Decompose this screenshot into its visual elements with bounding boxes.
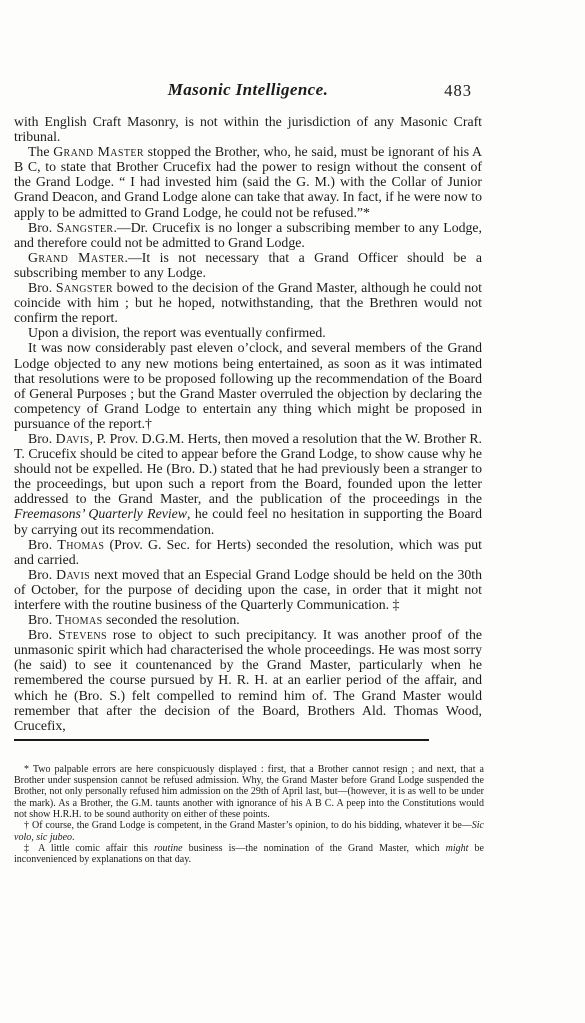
paragraph: Upon a division, the report was eventual… (14, 325, 482, 340)
text-run: Bro. (28, 431, 56, 446)
text-run: The (28, 144, 53, 159)
page-header: Masonic Intelligence. 483 (14, 80, 482, 102)
paragraph: It was now considerably past eleven o’cl… (14, 340, 482, 431)
text-run: Bro. (28, 537, 57, 552)
text-run: * Two palpable errors are here conspicuo… (14, 764, 484, 820)
text-run: Grand Master (28, 250, 125, 265)
text-run: Stevens (58, 627, 107, 642)
paragraph: Grand Master.—It is not necessary that a… (14, 250, 482, 280)
paragraph: The Grand Master stopped the Brother, wh… (14, 144, 482, 219)
text-run: Freemasons’ Quarterly Review (14, 506, 187, 521)
text-run: Grand Master (53, 144, 144, 159)
footnotes: * Two palpable errors are here conspicuo… (14, 764, 484, 866)
paragraph: Bro. Stevens rose to object to such prec… (14, 627, 482, 733)
paragraph: Bro. Sangster.—Dr. Crucefix is no longer… (14, 220, 482, 250)
text-run: . (72, 832, 75, 843)
text-run: † Of course, the Grand Lodge is competen… (24, 820, 472, 831)
text-run: Bro. (28, 612, 56, 627)
footnote-divider (14, 739, 429, 741)
text-run: It was now considerably past eleven o’cl… (14, 340, 482, 430)
paragraph: with English Craft Masonry, is not withi… (14, 114, 482, 144)
page-number: 483 (444, 81, 472, 101)
text-run: Bro. (28, 627, 58, 642)
footnote: * Two palpable errors are here conspicuo… (14, 764, 484, 820)
paragraph: Bro. Davis next moved that an Especial G… (14, 567, 482, 612)
text-run: routine (154, 843, 183, 854)
paragraph: Bro. Davis, P. Prov. D.G.M. Herts, then … (14, 431, 482, 537)
running-title: Masonic Intelligence. (168, 80, 328, 99)
text-run: ‡ A little comic affair this (24, 843, 154, 854)
text-run: might (446, 843, 469, 854)
text-run: Bro. (28, 220, 56, 235)
text-run: Upon a division, the report was eventual… (28, 325, 326, 340)
text-run: Sangster (56, 280, 113, 295)
text-run: with English Craft Masonry, is not withi… (14, 114, 482, 144)
book-page: Masonic Intelligence. 483 with English C… (0, 0, 585, 1023)
page-body: with English Craft Masonry, is not withi… (14, 114, 482, 733)
text-run: business is—the nomination of the Grand … (183, 843, 446, 854)
text-run: Davis (56, 431, 90, 446)
paragraph: Bro. Thomas seconded the resolution. (14, 612, 482, 627)
footnote: ‡ A little comic affair this routine bus… (14, 843, 484, 866)
text-run: rose to object to such precipitancy. It … (14, 627, 482, 733)
text-run: Bro. (28, 567, 56, 582)
text-run: Sangster (56, 220, 113, 235)
text-run: Thomas (56, 612, 103, 627)
text-run: seconded the resolution. (103, 612, 240, 627)
text-run: Bro. (28, 280, 56, 295)
text-run: Davis (56, 567, 90, 582)
text-run: Thomas (57, 537, 104, 552)
footnote: † Of course, the Grand Lodge is competen… (14, 820, 484, 843)
paragraph: Bro. Thomas (Prov. G. Sec. for Herts) se… (14, 537, 482, 567)
paragraph: Bro. Sangster bowed to the decision of t… (14, 280, 482, 325)
